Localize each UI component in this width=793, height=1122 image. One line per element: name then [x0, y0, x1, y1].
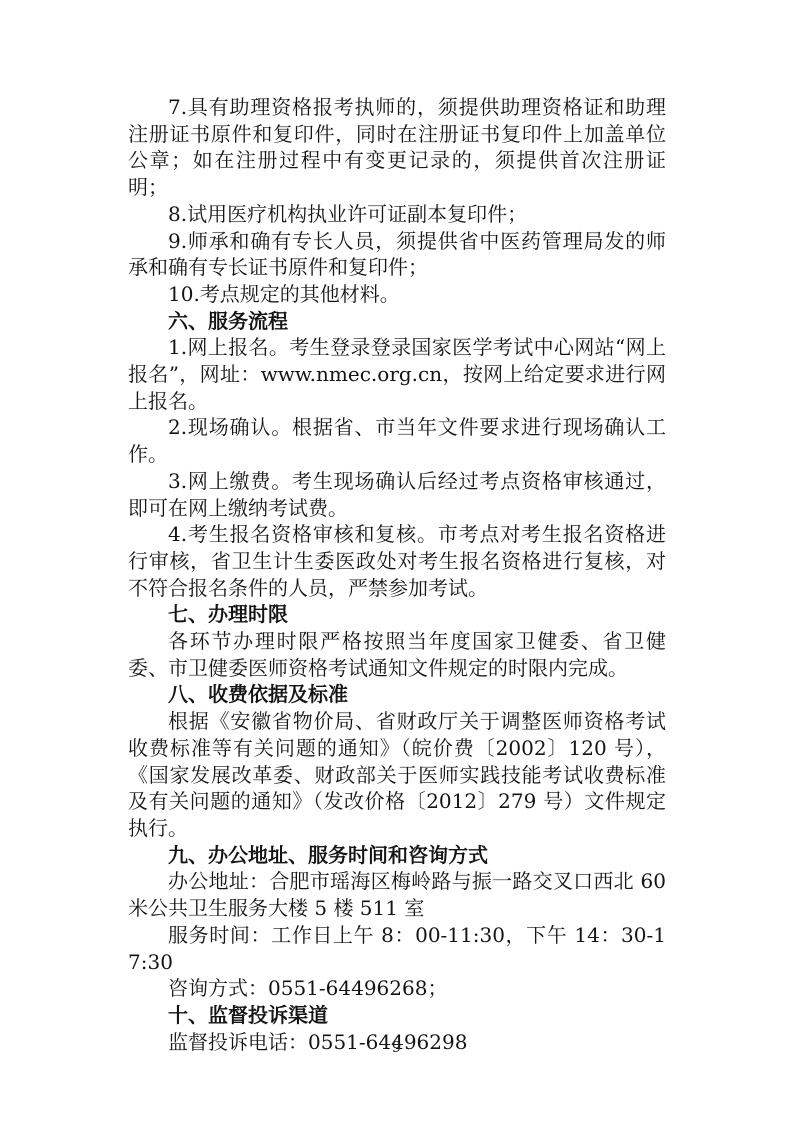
- document-body: 7.具有助理资格报考执师的，须提供助理资格证和助理注册证书原件和复印件，同时在注…: [128, 94, 666, 1055]
- list-item-8: 8.试用医疗机构执业许可证副本复印件；: [128, 201, 666, 228]
- step-item-1: 1.网上报名。考生登录登录国家医学考试中心网站“网上报名”，网址：www.nme…: [128, 334, 666, 414]
- step-item-3: 3.网上缴费。考生现场确认后经过考点资格审核通过，即可在网上缴纳考试费。: [128, 468, 666, 521]
- step-item-4: 4.考生报名资格审核和复核。市考点对考生报名资格进行审核，省卫生计生委医政处对考…: [128, 521, 666, 601]
- service-hours-line: 服务时间：工作日上午 8：00-11:30，下午 14：30-17:30: [128, 922, 666, 975]
- document-page: 7.具有助理资格报考执师的，须提供助理资格证和助理注册证书原件和复印件，同时在注…: [0, 0, 793, 1122]
- section-heading-8: 八、收费依据及标准: [128, 681, 666, 708]
- page-number: 9: [0, 1038, 793, 1056]
- list-item-10: 10.考点规定的其他材料。: [128, 281, 666, 308]
- section-heading-6: 六、服务流程: [128, 308, 666, 335]
- contact-phone-line: 咨询方式：0551-64496268；: [128, 975, 666, 1002]
- section-heading-10: 十、监督投诉渠道: [128, 1002, 666, 1029]
- list-item-9: 9.师承和确有专长人员，须提供省中医药管理局发的师承和确有专长证书原件和复印件；: [128, 228, 666, 281]
- office-address-line: 办公地址：合肥市瑶海区梅岭路与振一路交叉口西北 60 米公共卫生服务大楼 5 楼…: [128, 868, 666, 921]
- list-item-7: 7.具有助理资格报考执师的，须提供助理资格证和助理注册证书原件和复印件，同时在注…: [128, 94, 666, 201]
- section-heading-9: 九、办公地址、服务时间和咨询方式: [128, 842, 666, 869]
- section-7-body: 各环节办理时限严格按照当年度国家卫健委、省卫健委、市卫健委医师资格考试通知文件规…: [128, 628, 666, 681]
- section-8-body: 根据《安徽省物价局、省财政厅关于调整医师资格考试收费标准等有关问题的通知》（皖价…: [128, 708, 666, 842]
- step-item-2: 2.现场确认。根据省、市当年文件要求进行现场确认工作。: [128, 414, 666, 467]
- section-heading-7: 七、办理时限: [128, 601, 666, 628]
